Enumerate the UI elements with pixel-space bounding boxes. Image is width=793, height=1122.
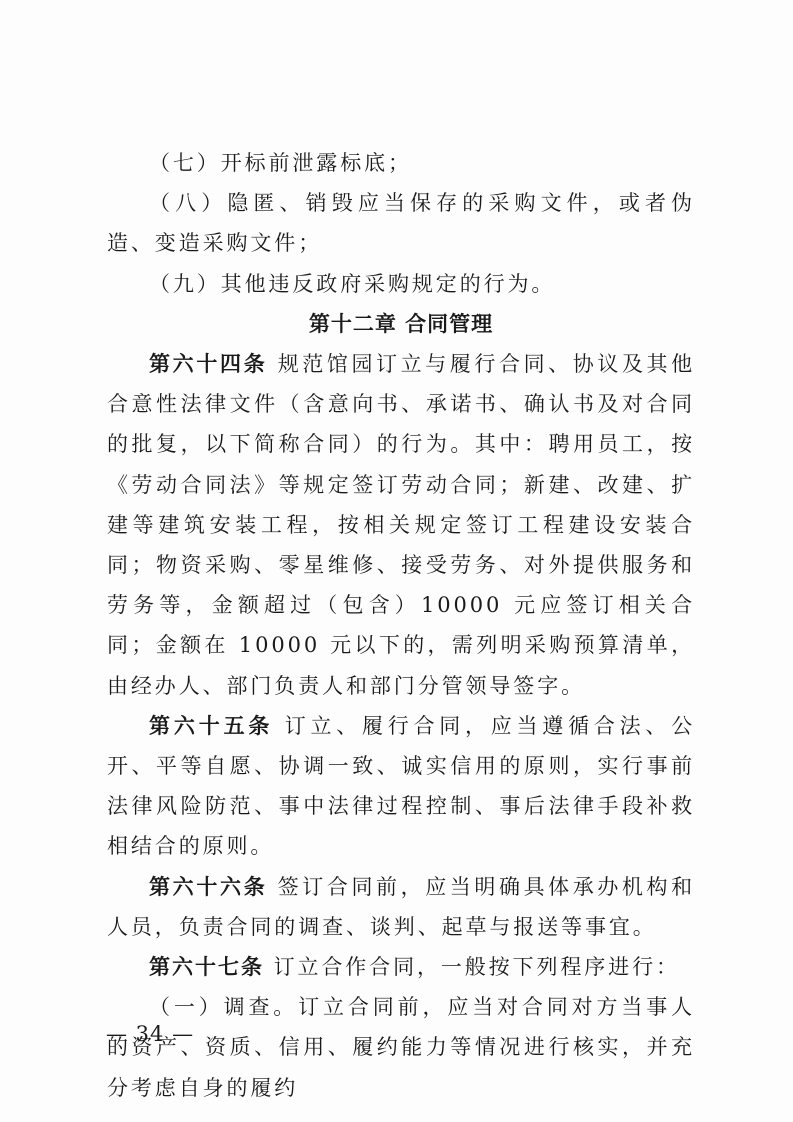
article-label: 第六十四条 xyxy=(149,351,267,376)
chapter-heading: 第十二章 合同管理 xyxy=(107,304,695,344)
list-item: （九）其他违反政府采购规定的行为。 xyxy=(107,264,695,304)
article-label: 第六十六条 xyxy=(149,874,267,899)
article-64: 第六十四条 规范馆园订立与履行合同、协议及其他合意性法律文件（含意向书、承诺书、… xyxy=(107,344,695,706)
page-number: — 34 — xyxy=(106,1022,194,1046)
document-page: （七）开标前泄露标底； （八）隐匿、销毁应当保存的采购文件，或者伪造、变造采购文… xyxy=(0,0,793,1122)
list-item: （八）隐匿、销毁应当保存的采购文件，或者伪造、变造采购文件； xyxy=(107,183,695,263)
article-label: 第六十五条 xyxy=(149,713,273,738)
article-66: 第六十六条 签订合同前，应当明确具体承办机构和人员，负责合同的调查、谈判、起草与… xyxy=(107,867,695,947)
article-label: 第六十七条 xyxy=(149,954,264,979)
document-body: （七）开标前泄露标底； （八）隐匿、销毁应当保存的采购文件，或者伪造、变造采购文… xyxy=(107,143,695,1108)
article-65: 第六十五条 订立、履行合同，应当遵循合法、公开、平等自愿、协调一致、诚实信用的原… xyxy=(107,706,695,867)
procedure-item: （一）调查。订立合同前，应当对合同对方当事人的资产、资质、信用、履约能力等情况进… xyxy=(107,987,695,1108)
list-item: （七）开标前泄露标底； xyxy=(107,143,695,183)
article-text: 规范馆园订立与履行合同、协议及其他合意性法律文件（含意向书、承诺书、确认书及对合… xyxy=(107,352,695,698)
article-67: 第六十七条 订立合作合同，一般按下列程序进行： xyxy=(107,947,695,987)
article-text: 订立合作合同，一般按下列程序进行： xyxy=(264,955,680,979)
